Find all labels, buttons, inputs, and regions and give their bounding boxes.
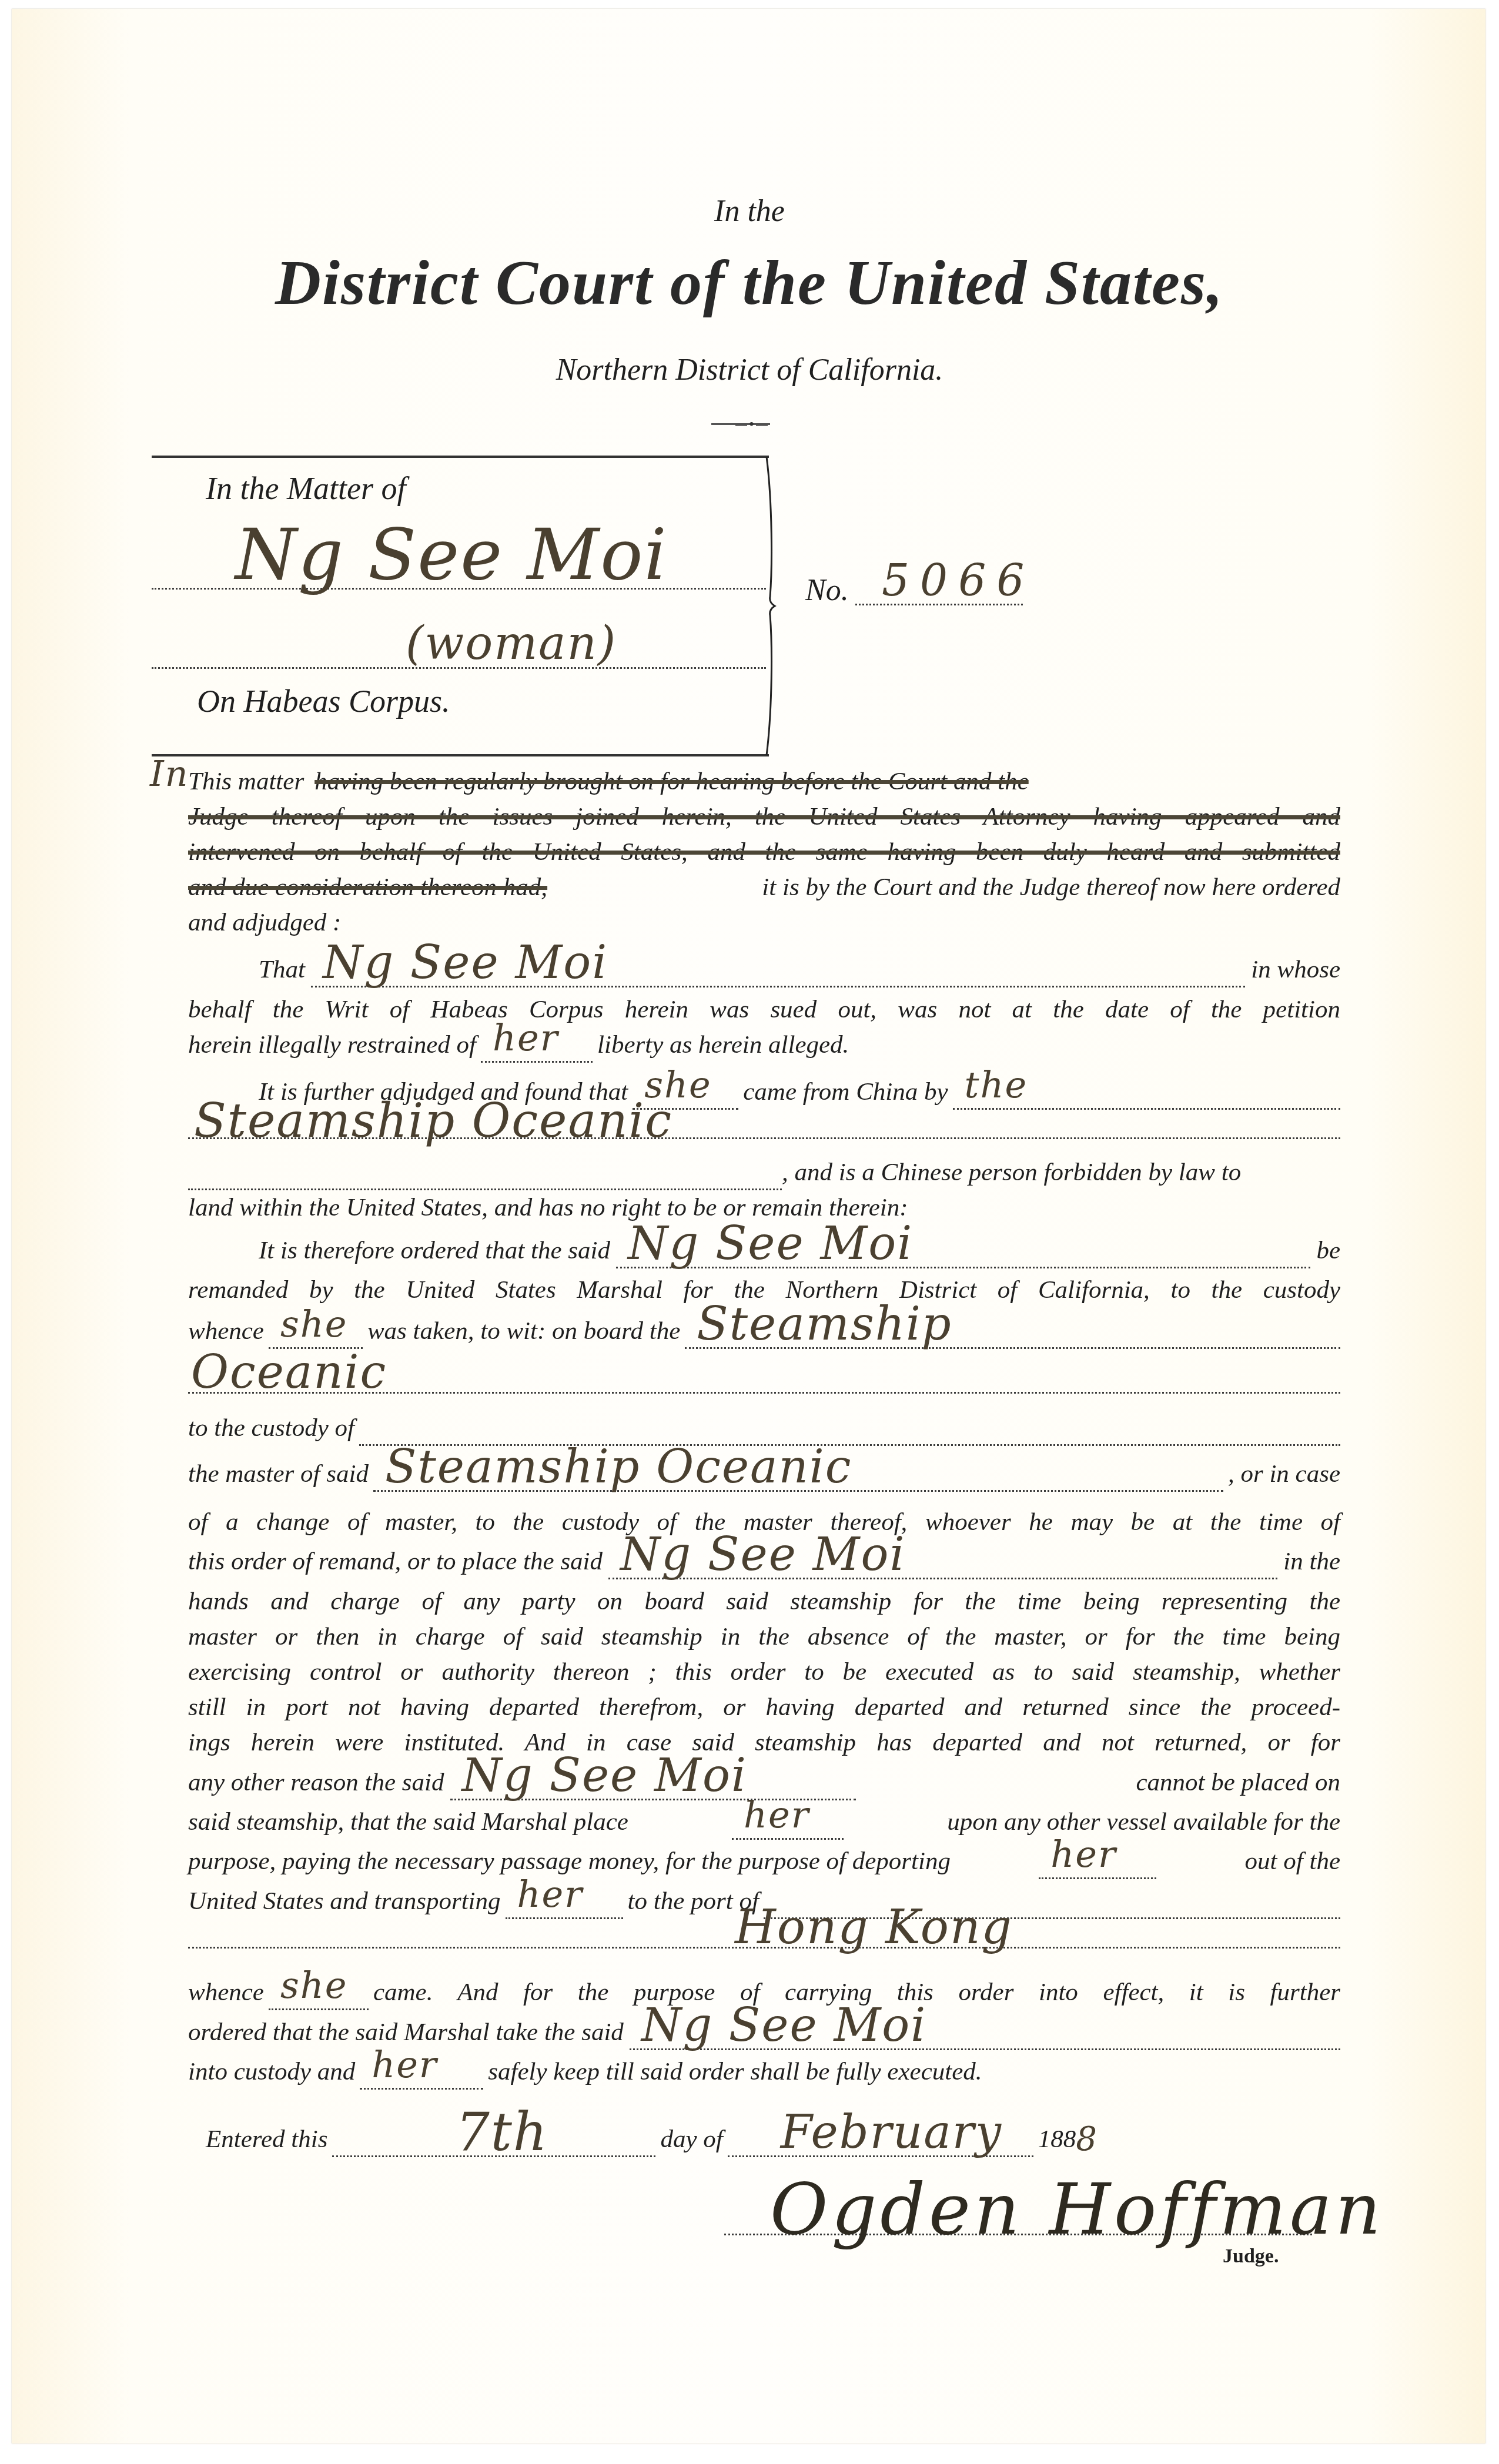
pronoun-handwritten-7: she	[280, 1963, 347, 2008]
pronoun-handwritten-1: her	[493, 1015, 558, 1061]
para4-line-10: hands and charge of any party on board s…	[188, 1584, 1340, 1619]
vessel-handwritten-1: Steamship Oceanic	[194, 1093, 672, 1148]
case-number-label: No.	[805, 573, 849, 608]
name-handwritten-5: Ng See Moi	[641, 2003, 926, 2048]
vessel-field-3: Steamship Oceanic	[373, 1461, 1223, 1492]
struck-text-line-2: Judge thereof upon the issues joined her…	[188, 799, 1340, 835]
in-whose-label: in whose	[1251, 952, 1340, 987]
para4-line-22b: safely keep till said order shall be ful…	[488, 2054, 982, 2090]
be-label: be	[1316, 1233, 1340, 1268]
vessel-field-2a: Steamship	[685, 1318, 1340, 1349]
name-field-3: Ng See Moi	[608, 1548, 1277, 1579]
district-subtitle: Northern District of California.	[0, 353, 1499, 387]
whence-label-2: whence	[188, 1975, 264, 2010]
judge-signature: Ogden Hoffman	[770, 2169, 1384, 2251]
vessel-field-1a: the	[953, 1079, 1340, 1110]
pronoun-field-7: she	[269, 1979, 369, 2010]
pronoun-handwritten-8: her	[372, 2042, 437, 2088]
para4-line-3b: was taken, to wit: on board the	[367, 1314, 680, 1349]
name-handwritten-4: Ng See Moi	[462, 1753, 747, 1799]
pronoun-field-6: her	[506, 1888, 623, 1919]
day-of-label: day of	[660, 2122, 722, 2157]
whence-label: whence	[188, 1314, 264, 1349]
ornament-icon: —•—	[735, 418, 768, 433]
pronoun-handwritten-6: her	[517, 1872, 583, 1917]
pronoun-field-1: her	[481, 1032, 593, 1063]
name-handwritten-2: Ng See Moi	[628, 1221, 913, 1267]
struck-text-line-4: and due consideration thereon had,	[188, 870, 547, 905]
name-field-5: Ng See Moi	[630, 2019, 1340, 2050]
month-field: February	[728, 2126, 1033, 2157]
caption-bottom-rule	[152, 754, 769, 756]
the-handwritten: the	[965, 1062, 1028, 1108]
year-suffix-handwritten: 8	[1076, 2122, 1098, 2157]
in-the-label: in the	[1283, 1544, 1340, 1579]
matter-label: In the Matter of	[206, 470, 406, 507]
pronoun-handwritten-3: she	[280, 1301, 347, 1347]
month-handwritten: February	[781, 2110, 1002, 2155]
para4-line-16b: upon any other vessel available for the	[947, 1805, 1340, 1840]
proceeding-label: On Habeas Corpus.	[197, 683, 450, 719]
day-field: 7th	[332, 2126, 655, 2157]
para3-line-1b: came from China by	[743, 1074, 948, 1110]
margin-note-handwritten: In	[150, 754, 189, 795]
day-handwritten: 7th	[456, 2110, 548, 2155]
name-handwritten-3: Ng See Moi	[620, 1532, 905, 1578]
vessel-handwritten-3: Steamship Oceanic	[385, 1444, 852, 1490]
master-of-label: the master of said	[188, 1457, 369, 1492]
para4-line-14: ings herein were instituted. And in case…	[188, 1725, 1340, 1760]
name-field-2: Ng See Moi	[616, 1237, 1310, 1268]
party-note-handwritten: (woman)	[406, 617, 617, 670]
brace-icon	[764, 456, 788, 756]
header-in-the: In the	[0, 194, 1499, 229]
name-handwritten-1: Ng See Moi	[323, 940, 608, 986]
port-handwritten: Hong Kong	[735, 1900, 1013, 1954]
pronoun-handwritten-5: her	[1050, 1832, 1116, 1877]
vessel-handwritten-2b: Oceanic	[191, 1346, 387, 1399]
name-field-1: Ng See Moi	[311, 956, 1245, 987]
para3-line-3: , and is a Chinese person forbidden by l…	[782, 1155, 1241, 1190]
struck-text-line-3: intervened on behalf of the United State…	[188, 835, 1340, 870]
para4-line-9a: this order of remand, or to place the sa…	[188, 1544, 603, 1579]
court-title: District Court of the United States,	[0, 247, 1499, 320]
para2-line-2: behalf the Writ of Habeas Corpus herein …	[188, 992, 1340, 1027]
para4-line-12: exercising control or authority thereon …	[188, 1655, 1340, 1690]
vessel-handwritten-2a: Steamship	[697, 1301, 952, 1347]
party-name-handwritten: Ng See Moi	[235, 517, 668, 594]
that-label: That	[259, 952, 305, 987]
case-number-handwritten: 5066	[882, 555, 1035, 606]
pronoun-field-4: her	[732, 1809, 844, 1840]
para4-line-15a: any other reason the said	[188, 1765, 444, 1800]
para4-line-18a: United States and transporting	[188, 1884, 501, 1919]
para2-line-3b: liberty as herein alleged.	[597, 1027, 849, 1063]
pronoun-field-3: she	[269, 1318, 363, 1349]
para4-line-1a: It is therefore ordered that the said	[259, 1233, 610, 1268]
entered-label: Entered this	[206, 2122, 327, 2157]
para4-line-17b: out of the	[1245, 1844, 1340, 1879]
para4-line-22a: into custody and	[188, 2054, 355, 2090]
judge-title: Judge.	[1223, 2245, 1279, 2268]
vessel-line-2	[188, 1161, 782, 1190]
pronoun-handwritten-4: her	[744, 1792, 809, 1838]
para2-line-3a: herein illegally restrained of	[188, 1027, 476, 1063]
para4-line-13: still in port not having departed theref…	[188, 1690, 1340, 1725]
struck-text-line-1: having been regularly brought on for hea…	[314, 764, 1340, 799]
pronoun-field-8: her	[360, 2058, 483, 2090]
year-prefix: 188	[1038, 2122, 1076, 2157]
para1-lead: This matter	[188, 764, 304, 799]
para1-line-5: and adjudged :	[188, 905, 1340, 940]
pronoun-field-5: her	[1039, 1848, 1156, 1879]
caption-top-rule	[152, 456, 769, 458]
para4-line-16a: said steamship, that the said Marshal pl…	[188, 1805, 628, 1840]
para4-line-15b: cannot be placed on	[1136, 1765, 1341, 1800]
custody-of-label: to the custody of	[188, 1411, 354, 1446]
para1-line-4-rest: it is by the Court and the Judge thereof…	[762, 870, 1340, 905]
para4-line-11: master or then in charge of said steamsh…	[188, 1619, 1340, 1655]
or-in-case-label: , or in case	[1228, 1457, 1340, 1492]
